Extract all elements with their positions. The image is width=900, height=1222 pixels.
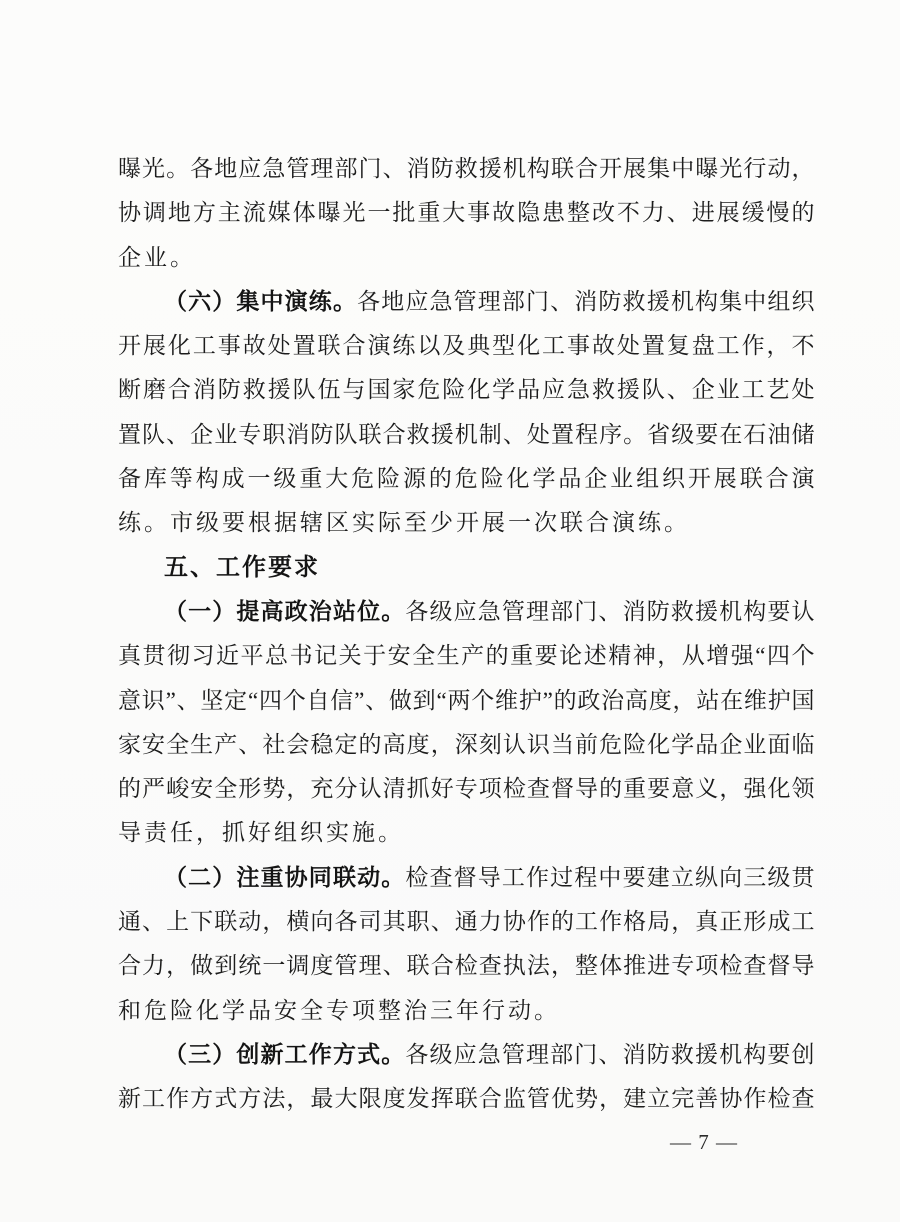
text-line: 家安全生产、社会稳定的高度，深刻认识当前危险化学品企业面临 [118,723,815,767]
text-line: （三）创新工作方式。各级应急管理部门、消防救援机构要创 [118,1033,815,1077]
text-run: 检查督导工作过程中要建立纵向三级贯 [405,865,815,890]
text-run: 协调地方主流媒体曝光一批重大事故隐患整改不力、进展缓慢的 [118,200,815,225]
page-number: — 7 — [670,1127,780,1157]
document-page: 曝光。各地应急管理部门、消防救援机构联合开展集中曝光行动，协调地方主流媒体曝光一… [0,0,900,1222]
text-run: 各级应急管理部门、消防救援机构要认 [405,599,815,624]
text-run: 的严峻安全形势，充分认清抓好专项检查督导的重要意义，强化领 [118,776,815,801]
bold-run: （一）提高政治站位。 [164,599,405,624]
text-line: 新工作方式方法，最大限度发挥联合监管优势，建立完善协作检查 [118,1077,815,1121]
text-line: 导责任，抓好组织实施。 [118,811,815,855]
section-heading: 五、工作要求 [118,546,815,590]
text-run: 意识”、坚定“四个自信”、做到“两个维护”的政治高度，站在维护国 [118,688,815,713]
text-run: 导责任，抓好组织实施。 [118,820,404,845]
text-line: 通、上下联动，横向各司其职、通力协作的工作格局，真正形成工作 [118,900,815,944]
text-line: 置队、企业专职消防队联合救援机制、处置程序。省级要在石油储 [118,413,815,457]
bold-run: （二）注重协同联动。 [164,865,405,890]
text-line: 和危险化学品安全专项整治三年行动。 [118,989,815,1033]
text-line: 的严峻安全形势，充分认清抓好专项检查督导的重要意义，强化领 [118,767,815,811]
text-run: 开展化工事故处置联合演练以及典型化工事故处置复盘工作，不 [118,333,815,358]
text-run: 和危险化学品安全专项整治三年行动。 [118,998,560,1023]
text-line: 曝光。各地应急管理部门、消防救援机构联合开展集中曝光行动， [118,147,815,191]
text-run: 曝光。各地应急管理部门、消防救援机构联合开展集中曝光行动， [118,156,815,181]
text-line: 企业。 [118,236,815,280]
text-run: 各地应急管理部门、消防救援机构集中组织 [357,289,815,314]
text-line: （二）注重协同联动。检查督导工作过程中要建立纵向三级贯 [118,856,815,900]
text-line: 合力，做到统一调度管理、联合检查执法，整体推进专项检查督导 [118,944,815,988]
text-line: 真贯彻习近平总书记关于安全生产的重要论述精神，从增强“四个 [118,634,815,678]
text-line: （六）集中演练。各地应急管理部门、消防救援机构集中组织 [118,280,815,324]
text-run: 置队、企业专职消防队联合救援机制、处置程序。省级要在石油储 [118,422,815,447]
text-run: 企业。 [118,245,196,270]
text-run: 通、上下联动，横向各司其职、通力协作的工作格局，真正形成工作 [118,909,815,944]
text-line: （一）提高政治站位。各级应急管理部门、消防救援机构要认 [118,590,815,634]
text-line: 协调地方主流媒体曝光一批重大事故隐患整改不力、进展缓慢的 [118,191,815,235]
bold-run: （六）集中演练。 [164,289,357,314]
text-line: 断磨合消防救援队伍与国家危险化学品应急救援队、企业工艺处 [118,368,815,412]
text-run: 练。市级要根据辖区实际至少开展一次联合演练。 [118,510,690,535]
text-line: 开展化工事故处置联合演练以及典型化工事故处置复盘工作，不 [118,324,815,368]
document-body: 曝光。各地应急管理部门、消防救援机构联合开展集中曝光行动，协调地方主流媒体曝光一… [118,147,815,1122]
text-run: 各级应急管理部门、消防救援机构要创 [405,1042,815,1067]
text-run: 合力，做到统一调度管理、联合检查执法，整体推进专项检查督导 [118,953,815,978]
bold-run: 五、工作要求 [164,554,320,581]
text-line: 练。市级要根据辖区实际至少开展一次联合演练。 [118,501,815,545]
text-run: 家安全生产、社会稳定的高度，深刻认识当前危险化学品企业面临 [118,732,815,757]
text-line: 意识”、坚定“四个自信”、做到“两个维护”的政治高度，站在维护国 [118,679,815,723]
text-run: 断磨合消防救援队伍与国家危险化学品应急救援队、企业工艺处 [118,377,815,402]
text-run: 真贯彻习近平总书记关于安全生产的重要论述精神，从增强“四个 [118,643,815,668]
text-line: 备库等构成一级重大危险源的危险化学品企业组织开展联合演 [118,457,815,501]
text-run: 新工作方式方法，最大限度发挥联合监管优势，建立完善协作检查 [118,1086,815,1111]
text-run: 备库等构成一级重大危险源的危险化学品企业组织开展联合演 [118,466,815,491]
bold-run: （三）创新工作方式。 [164,1042,405,1067]
